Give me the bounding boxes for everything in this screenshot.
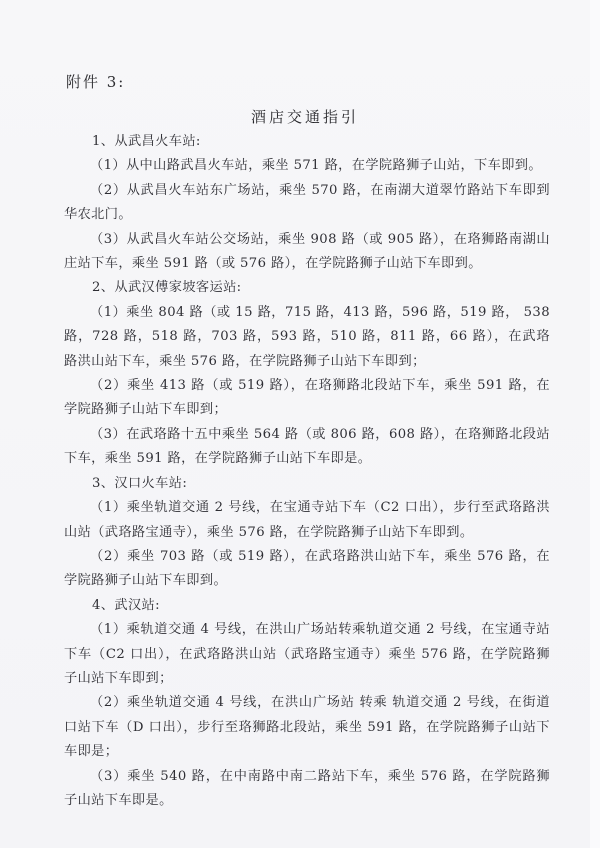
route-item: （1）乘坐轨道交通 2 号线，在宝通寺站下车（C2 口出），步行至武珞路洪山站（… <box>64 496 550 545</box>
section-fujiapo-bus-station: 2、从武汉傅家坡客运站: （1）乘坐 804 路（或 15 路，715 路，41… <box>64 276 550 471</box>
section-wuhan-station: 4、武汉站: （1）乘轨道交通 4 号线，在洪山广场站转乘轨道交通 2 号线，在… <box>64 594 550 814</box>
route-item: （1）乘轨道交通 4 号线，在洪山广场站转乘轨道交通 2 号线，在宝通寺站下车（… <box>64 618 550 691</box>
section-hankou-station: 3、汉口火车站: （1）乘坐轨道交通 2 号线，在宝通寺站下车（C2 口出），步… <box>64 472 550 594</box>
scanned-document-page: 附件 3: 酒店交通指引 1、从武昌火车站: （1）从中山路武昌火车站，乘坐 5… <box>0 0 600 848</box>
document-body: 1、从武昌火车站: （1）从中山路武昌火车站，乘坐 571 路，在学院路狮子山站… <box>64 130 550 813</box>
route-item: （3）从武昌火车站公交场站，乘坐 908 路（或 905 路），在珞狮路南湖山庄… <box>64 228 550 277</box>
route-item: （2）乘坐 413 路（或 519 路），在珞狮路北段站下车，乘坐 591 路，… <box>64 374 550 423</box>
route-item: （2）乘坐轨道交通 4 号线，在洪山广场站 转乘 轨道交通 2 号线，在街道口站… <box>64 691 550 764</box>
route-item: （1）从中山路武昌火车站，乘坐 571 路，在学院路狮子山站，下车即到。 <box>64 154 550 178</box>
section-heading: 1、从武昌火车站: <box>64 130 550 154</box>
route-item: （2）从武昌火车站东广场站，乘坐 570 路，在南湖大道翠竹路站下车即到华农北门… <box>64 179 550 228</box>
document-title: 酒店交通指引 <box>0 106 600 127</box>
section-wuchang-station: 1、从武昌火车站: （1）从中山路武昌火车站，乘坐 571 路，在学院路狮子山站… <box>64 130 550 276</box>
route-item: （3）在武珞路十五中乘坐 564 路（或 806 路，608 路），在珞狮路北段… <box>64 423 550 472</box>
section-heading: 4、武汉站: <box>64 594 550 618</box>
route-item: （1）乘坐 804 路（或 15 路，715 路，413 路，596 路，519… <box>64 301 550 374</box>
attachment-label: 附件 3: <box>66 71 125 92</box>
section-heading: 2、从武汉傅家坡客运站: <box>64 276 550 300</box>
route-item: （2）乘坐 703 路（或 519 路），在武珞路洪山站下车，乘坐 576 路，… <box>64 545 550 594</box>
route-item: （3）乘坐 540 路，在中南路中南二路站下车，乘坐 576 路，在学院路狮子山… <box>64 765 550 814</box>
section-heading: 3、汉口火车站: <box>64 472 550 496</box>
